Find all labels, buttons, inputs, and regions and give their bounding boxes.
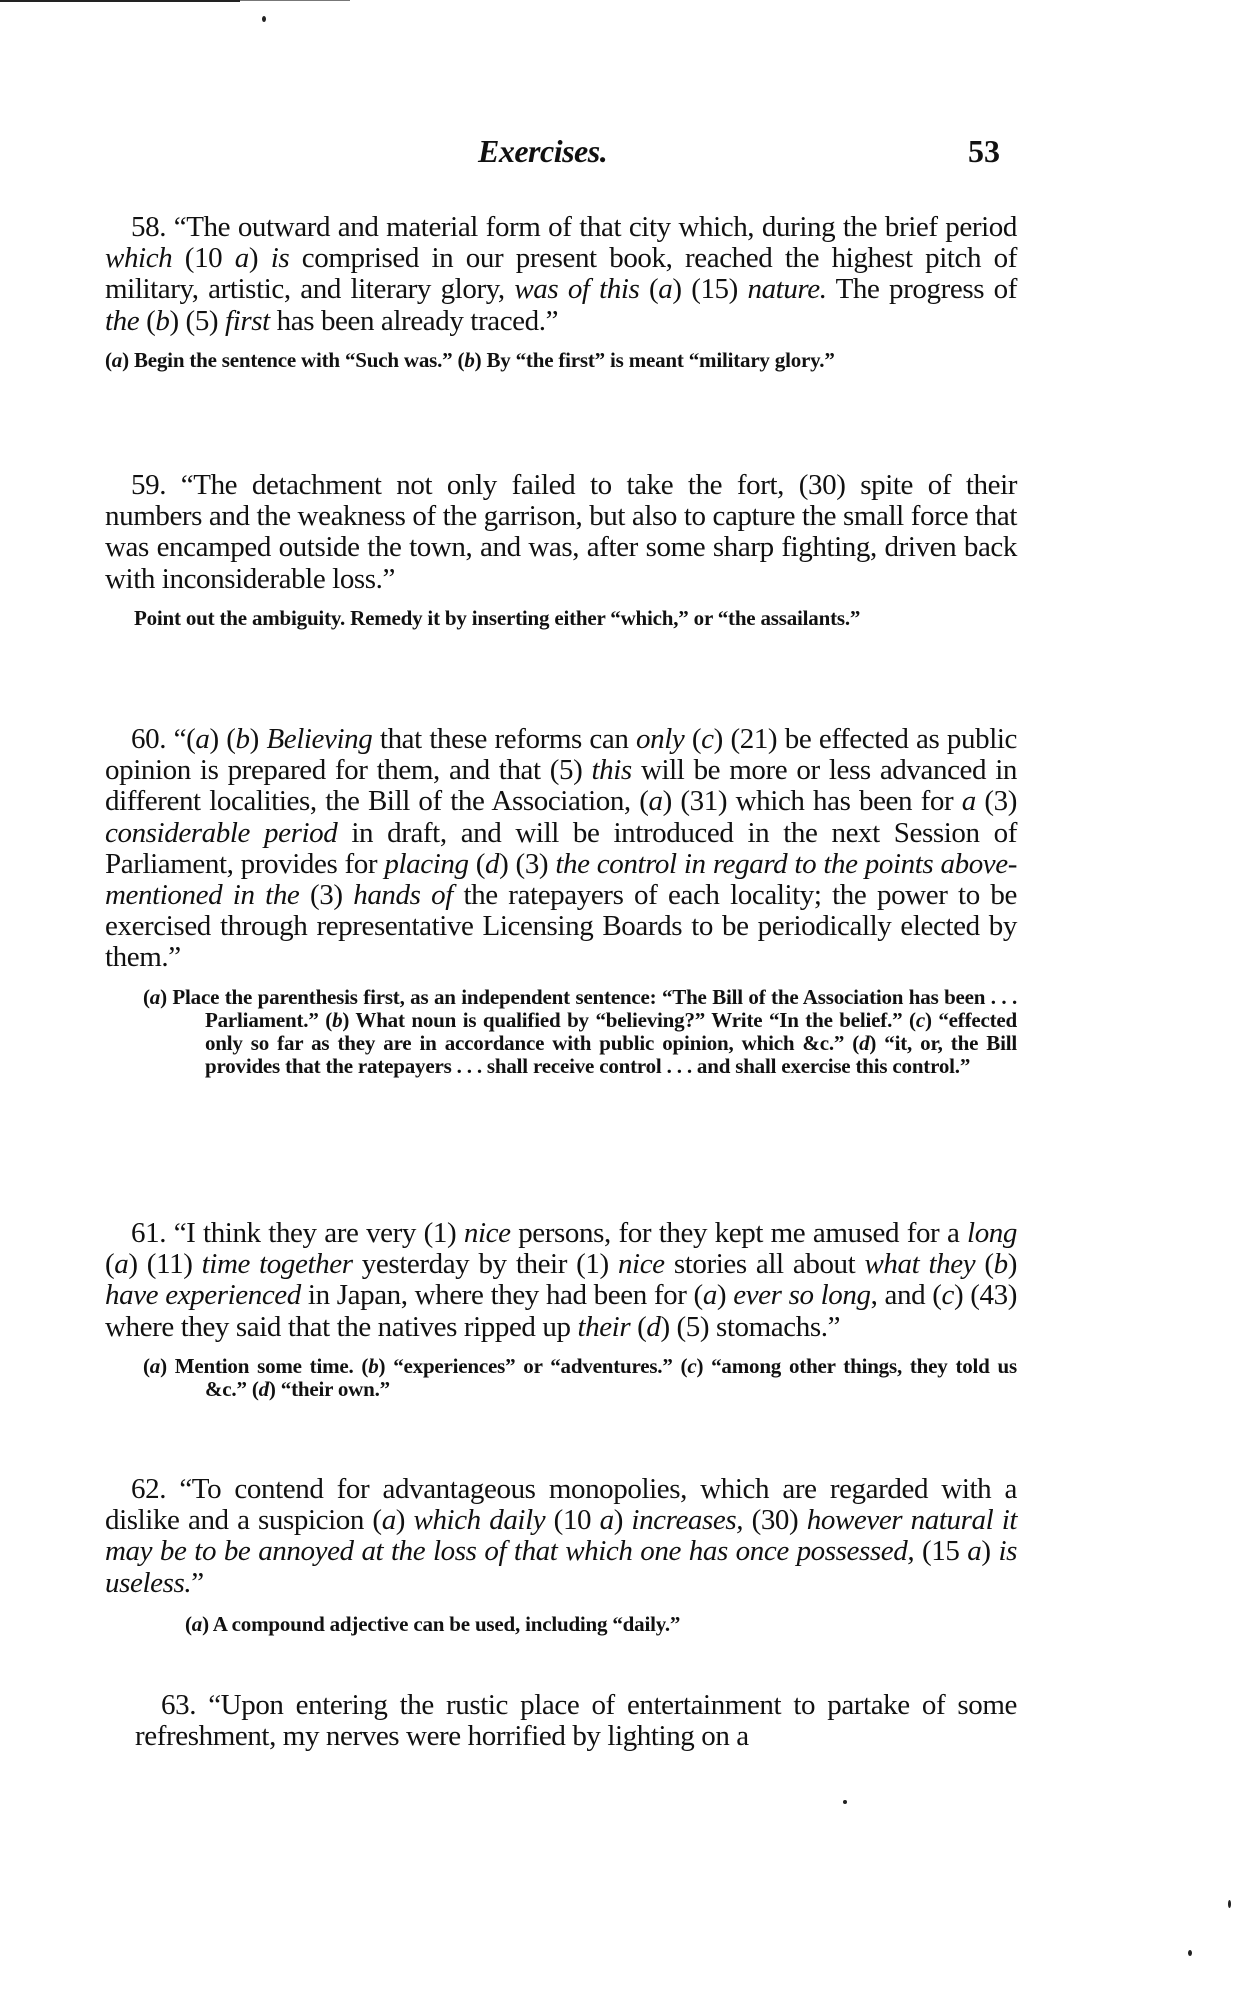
exercise-note: (a) A compound adjective can be used, in… bbox=[105, 1613, 1017, 1636]
scan-speck bbox=[843, 1800, 847, 1804]
exercise-text: 60. “(a) (b) Believing that these reform… bbox=[105, 724, 1017, 974]
scan-speck bbox=[262, 16, 266, 22]
running-header: Exercises. 53 bbox=[0, 133, 1235, 178]
exercise-62: 62. “To contend for advantageous monopol… bbox=[105, 1474, 1017, 1636]
exercise-note: (a) Place the parenthesis first, as an i… bbox=[105, 986, 1017, 1078]
scan-edge-line bbox=[0, 0, 240, 2]
exercise-number: 63. bbox=[135, 1689, 208, 1721]
page-title: Exercises. bbox=[478, 133, 607, 170]
scan-speck bbox=[1188, 1950, 1192, 1956]
exercise-60: 60. “(a) (b) Believing that these reform… bbox=[105, 724, 1017, 1078]
exercise-number: 61. bbox=[105, 1217, 174, 1249]
exercise-text: 58. “The outward and material form of th… bbox=[105, 212, 1017, 337]
exercise-note: Point out the ambiguity. Remedy it by in… bbox=[105, 607, 1017, 630]
exercise-note: (a) Begin the sentence with “Such was.” … bbox=[105, 349, 1017, 372]
exercise-text: 63. “Upon entering the rustic place of e… bbox=[135, 1690, 1017, 1752]
exercise-text: 59. “The detachment not only failed to t… bbox=[105, 470, 1017, 595]
exercise-number: 58. bbox=[105, 211, 174, 243]
scan-edge-line bbox=[240, 0, 350, 1]
exercise-number: 59. bbox=[105, 469, 181, 501]
exercise-text: 62. “To contend for advantageous monopol… bbox=[105, 1474, 1017, 1599]
page-number: 53 bbox=[968, 133, 1000, 170]
exercise-note: (a) Mention some time. (b) “experiences”… bbox=[105, 1355, 1017, 1401]
exercise-text: 61. “I think they are very (1) nice pers… bbox=[105, 1218, 1017, 1343]
exercise-number: 60. bbox=[105, 723, 174, 755]
exercise-59: 59. “The detachment not only failed to t… bbox=[105, 470, 1017, 630]
scan-speck bbox=[1228, 1900, 1231, 1908]
exercise-58: 58. “The outward and material form of th… bbox=[105, 212, 1017, 372]
exercise-61: 61. “I think they are very (1) nice pers… bbox=[105, 1218, 1017, 1401]
exercise-63: 63. “Upon entering the rustic place of e… bbox=[135, 1690, 1017, 1752]
exercise-number: 62. bbox=[105, 1473, 179, 1505]
